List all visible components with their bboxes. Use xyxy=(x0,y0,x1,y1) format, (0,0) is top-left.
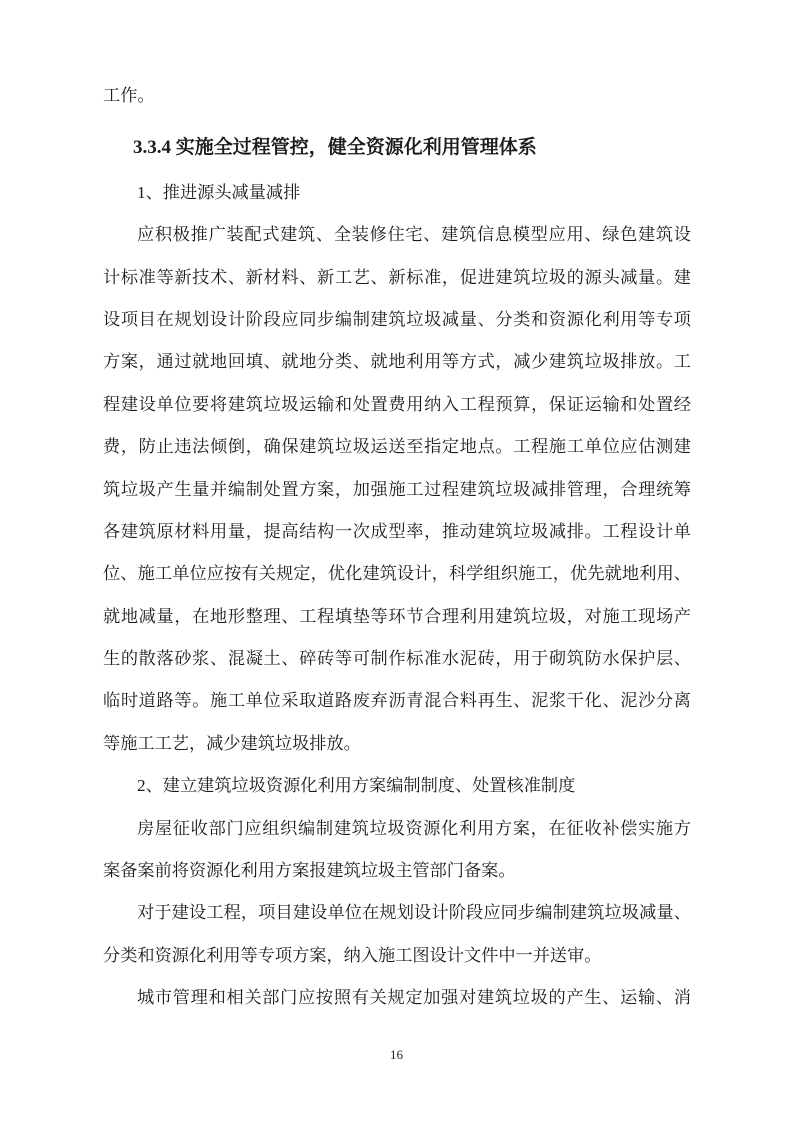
document-page: 工作。 3.3.4 实施全过程管控，健全资源化利用管理体系 1、推进源头减量减排… xyxy=(0,0,793,1122)
text-line: 应积极推广装配式建筑、全装修住宅、建筑信息模型应用、绿色建筑设 xyxy=(103,214,691,256)
text-line: 房屋征收部门应组织编制建筑垃圾资源化利用方案，在征收补偿实施方 xyxy=(103,808,691,850)
text-line: 案备案前将资源化利用方案报建筑垃圾主管部门备案。 xyxy=(103,850,691,892)
text-line: 各建筑原材料用量，提高结构一次成型率，推动建筑垃圾减排。工程设计单 xyxy=(103,511,691,553)
list-item-2-title: 2、建立建筑垃圾资源化利用方案编制制度、处置核准制度 xyxy=(103,765,691,807)
document-body: 工作。 3.3.4 实施全过程管控，健全资源化利用管理体系 1、推进源头减量减排… xyxy=(103,75,691,1020)
text-line: 等施工工艺，减少建筑垃圾排放。 xyxy=(103,723,691,765)
text-line: 方案，通过就地回填、就地分类、就地利用等方式，减少建筑垃圾排放。工 xyxy=(103,341,691,383)
text-line: 费，防止违法倾倒，确保建筑垃圾运送至指定地点。工程施工单位应估测建 xyxy=(103,426,691,468)
text-line: 对于建设工程，项目建设单位在规划设计阶段应同步编制建筑垃圾减量、 xyxy=(103,892,691,934)
paragraph-carryover-line: 工作。 xyxy=(103,75,691,117)
list-item-1-title: 1、推进源头减量减排 xyxy=(103,172,691,214)
text-line: 程建设单位要将建筑垃圾运输和处置费用纳入工程预算，保证运输和处置经 xyxy=(103,384,691,426)
text-line: 计标准等新技术、新材料、新工艺、新标准，促进建筑垃圾的源头减量。建 xyxy=(103,257,691,299)
text-line: 位、施工单位应按有关规定，优化建筑设计，科学组织施工，优先就地利用、 xyxy=(103,553,691,595)
text-line: 城市管理和相关部门应按照有关规定加强对建筑垃圾的产生、运输、消 xyxy=(103,977,691,1019)
text-line: 就地减量，在地形整理、工程填垫等环节合理利用建筑垃圾，对施工现场产 xyxy=(103,596,691,638)
section-heading: 3.3.4 实施全过程管控，健全资源化利用管理体系 xyxy=(103,127,691,169)
text-line: 生的散落砂浆、混凝土、碎砖等可制作标准水泥砖，用于砌筑防水保护层、 xyxy=(103,638,691,680)
text-line: 分类和资源化利用等专项方案，纳入施工图设计文件中一并送审。 xyxy=(103,935,691,977)
text-line: 设项目在规划设计阶段应同步编制建筑垃圾减量、分类和资源化利用等专项 xyxy=(103,299,691,341)
page-number: 16 xyxy=(0,1047,793,1063)
text-line: 临时道路等。施工单位采取道路废弃沥青混合料再生、泥浆干化、泥沙分离 xyxy=(103,680,691,722)
text-line: 筑垃圾产生量并编制处置方案，加强施工过程建筑垃圾减排管理，合理统筹 xyxy=(103,469,691,511)
